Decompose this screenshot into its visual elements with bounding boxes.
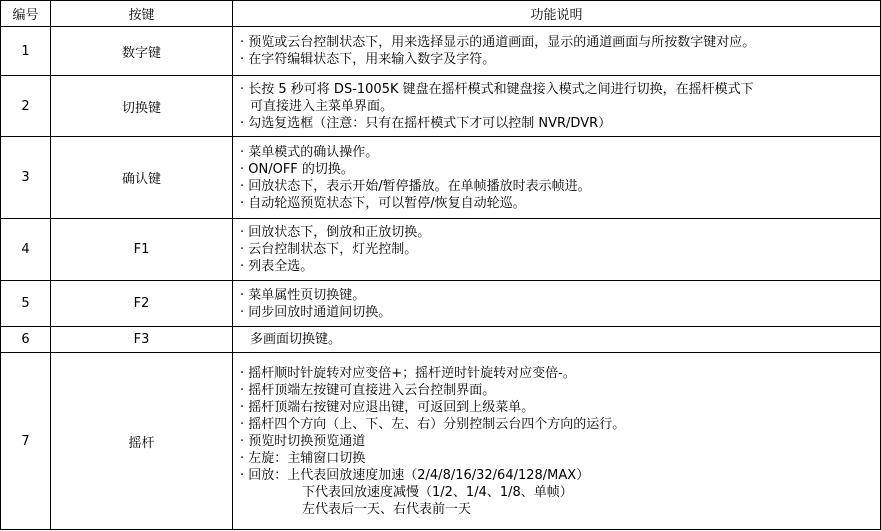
header-number: 编号	[1, 1, 51, 27]
row-description: 多画面切换键。	[233, 327, 881, 353]
row-key: 确认键	[51, 137, 233, 219]
row-key: 数字键	[51, 27, 233, 76]
description-line: · 勾选复选框（注意：只有在摇杆模式下才可以控制 NVR/DVR）	[240, 115, 876, 132]
description-line: · 自动轮巡预览状态下，可以暂停/恢复自动轮巡。	[240, 195, 876, 212]
row-number: 7	[1, 353, 51, 530]
table-header-row: 编号 按键 功能说明	[1, 1, 881, 27]
row-description: · 菜单属性页切换键。 · 同步回放时通道间切换。	[233, 281, 881, 327]
description-line: · 长按 5 秒可将 DS-1005K 键盘在摇杆模式和键盘接入模式之间进行切换…	[240, 81, 876, 98]
description-line: · 云台控制状态下，灯光控制。	[240, 241, 876, 258]
description-line: · 回放状态下，表示开始/暂停播放。在单帧播放时表示帧进。	[240, 178, 876, 195]
row-description: · 长按 5 秒可将 DS-1005K 键盘在摇杆模式和键盘接入模式之间进行切换…	[233, 76, 881, 137]
row-key: 摇杆	[51, 353, 233, 530]
description-line: · ON/OFF 的切换。	[240, 161, 876, 178]
description-line: · 摇杆顶端左按键可直接进入云台控制界面。	[240, 382, 876, 399]
row-number: 4	[1, 219, 51, 281]
table-row: 3 确认键 · 菜单模式的确认操作。 · ON/OFF 的切换。 · 回放状态下…	[1, 137, 881, 219]
row-number: 3	[1, 137, 51, 219]
row-key: F1	[51, 219, 233, 281]
row-number: 2	[1, 76, 51, 137]
description-line: 左代表后一天、右代表前一天	[240, 501, 876, 518]
header-description: 功能说明	[233, 1, 881, 27]
description-line: · 同步回放时通道间切换。	[240, 304, 876, 321]
row-description: · 菜单模式的确认操作。 · ON/OFF 的切换。 · 回放状态下，表示开始/…	[233, 137, 881, 219]
table-row: 7 摇杆 · 摇杆顺时针旋转对应变倍+；摇杆逆时针旋转对应变倍-。 · 摇杆顶端…	[1, 353, 881, 530]
description-line: · 列表全选。	[240, 258, 876, 275]
table-row: 4 F1 · 回放状态下，倒放和正放切换。 · 云台控制状态下，灯光控制。 · …	[1, 219, 881, 281]
header-key: 按键	[51, 1, 233, 27]
row-description: · 回放状态下，倒放和正放切换。 · 云台控制状态下，灯光控制。 · 列表全选。	[233, 219, 881, 281]
table-row: 6 F3 多画面切换键。	[1, 327, 881, 353]
description-line: · 在字符编辑状态下，用来输入数字及字符。	[240, 51, 876, 68]
description-line: · 摇杆顶端右按键对应退出键，可返回到上级菜单。	[240, 399, 876, 416]
row-number: 1	[1, 27, 51, 76]
table-row: 5 F2 · 菜单属性页切换键。 · 同步回放时通道间切换。	[1, 281, 881, 327]
description-line: 下代表回放速度减慢（1/2、1/4、1/8、单帧）	[240, 484, 876, 501]
description-line: · 摇杆四个方向（上、下、左、右）分别控制云台四个方向的运行。	[240, 416, 876, 433]
table-row: 1 数字键 · 预览或云台控制状态下，用来选择显示的通道画面，显示的通道画面与所…	[1, 27, 881, 76]
description-line: · 预览或云台控制状态下，用来选择显示的通道画面，显示的通道画面与所按数字键对应…	[240, 34, 876, 51]
description-line: · 菜单属性页切换键。	[240, 287, 876, 304]
row-key: 切换键	[51, 76, 233, 137]
row-description: · 预览或云台控制状态下，用来选择显示的通道画面，显示的通道画面与所按数字键对应…	[233, 27, 881, 76]
description-line: 多画面切换键。	[240, 331, 876, 348]
row-description: · 摇杆顺时针旋转对应变倍+；摇杆逆时针旋转对应变倍-。 · 摇杆顶端左按键可直…	[233, 353, 881, 530]
table-row: 2 切换键 · 长按 5 秒可将 DS-1005K 键盘在摇杆模式和键盘接入模式…	[1, 76, 881, 137]
description-line: · 回放状态下，倒放和正放切换。	[240, 224, 876, 241]
description-line: · 摇杆顺时针旋转对应变倍+；摇杆逆时针旋转对应变倍-。	[240, 365, 876, 382]
description-line: · 回放：上代表回放速度加速（2/4/8/16/32/64/128/MAX）	[240, 467, 876, 484]
row-number: 6	[1, 327, 51, 353]
description-line: · 预览时切换预览通道	[240, 433, 876, 450]
description-line: · 左旋：主辅窗口切换	[240, 450, 876, 467]
key-function-table: 编号 按键 功能说明 1 数字键 · 预览或云台控制状态下，用来选择显示的通道画…	[0, 0, 881, 530]
row-number: 5	[1, 281, 51, 327]
description-line: · 菜单模式的确认操作。	[240, 144, 876, 161]
row-key: F2	[51, 281, 233, 327]
description-line: 可直接进入主菜单界面。	[240, 98, 876, 115]
row-key: F3	[51, 327, 233, 353]
